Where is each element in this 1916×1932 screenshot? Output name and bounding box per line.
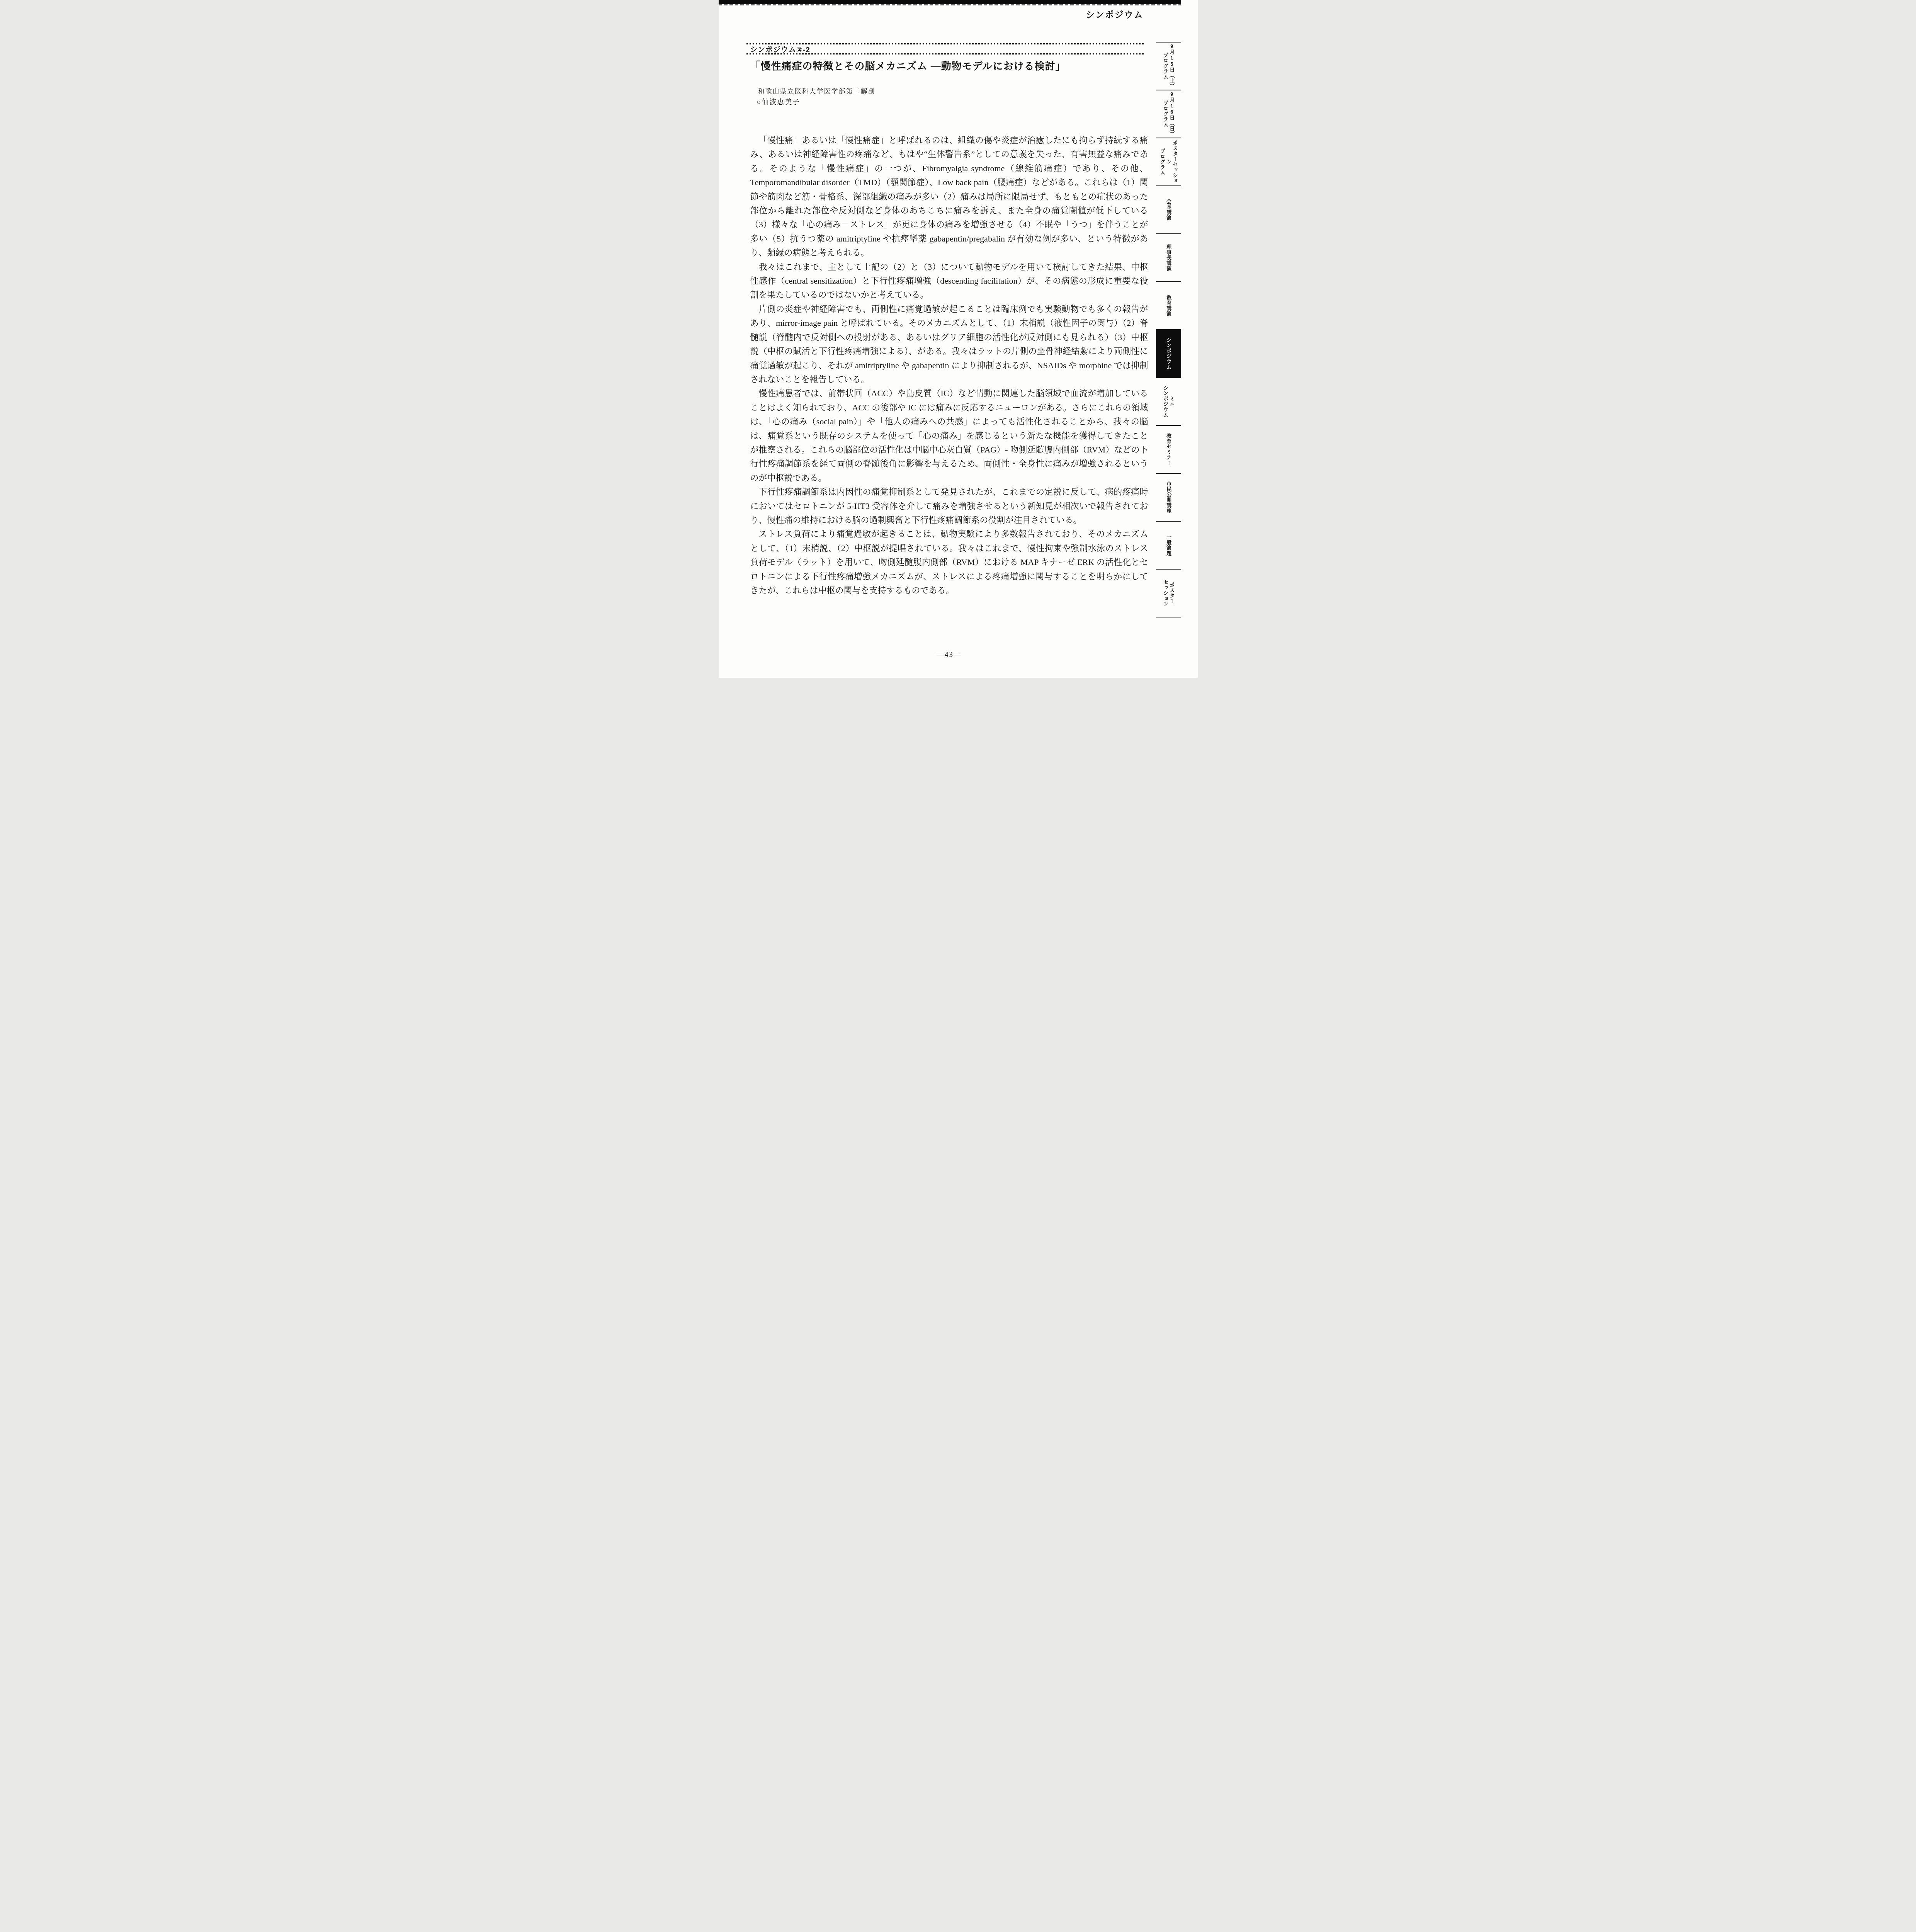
tab-symposium-active: シンポジウム xyxy=(1156,329,1181,377)
page-number: ―43― xyxy=(750,651,1148,659)
running-head-section: シンポジウム xyxy=(1086,8,1143,20)
abstract-title: 「慢性痛症の特徴とその脳メカニズム ―動物モデルにおける検討」 xyxy=(750,60,1148,73)
author-affiliation: 和歌山県立医科大学医学部第二解剖 xyxy=(758,86,876,95)
tab-mini-symposium: ミニシンポジウム xyxy=(1156,377,1181,425)
abstract-paragraph: 下行性疼痛調節系は内因性の痛覚抑制系として発見されたが、これまでの定説に反して、… xyxy=(750,485,1148,527)
dotted-rule-bottom xyxy=(746,53,1145,54)
tab-presidential-lecture: 会長講演 xyxy=(1156,185,1181,233)
abstract-paragraph: 片側の炎症や神経障害でも、両側性に痛覚過敏が起こることは臨床例でも実験動物でも多… xyxy=(750,302,1148,386)
abstract-paragraph: 「慢性痛」あるいは「慢性痛症」と呼ばれるのは、組織の傷や炎症が治癒したにも拘らず… xyxy=(750,133,1148,260)
abstract-paragraph: ストレス負荷により痛覚過敏が起きることは、動物実験により多数報告されており、その… xyxy=(750,527,1148,597)
presenter-name: ○仙波恵美子 xyxy=(757,97,801,107)
tab-chairman-lecture: 理事長講演 xyxy=(1156,233,1181,281)
abstract-paragraph: 慢性痛患者では、前帯状回（ACC）や島皮質（IC）など情動に関連した脳領域で血流… xyxy=(750,386,1148,485)
tab-educational-lecture: 教育講演 xyxy=(1156,281,1181,329)
abstract-paragraph: 我々はこれまで、主として上記の（2）と（3）について動物モデルを用いて検討してき… xyxy=(750,260,1148,302)
scanned-abstract-page: シンポジウム シンポジウム②-2 「慢性痛症の特徴とその脳メカニズム ―動物モデ… xyxy=(719,0,1198,678)
tab-program-sep16: 9月16日（日）プログラム xyxy=(1156,90,1181,138)
abstract-body: 「慢性痛」あるいは「慢性痛症」と呼ばれるのは、組織の傷や炎症が治癒したにも拘らず… xyxy=(750,133,1148,597)
tab-educational-seminar: 教育セミナー xyxy=(1156,425,1181,473)
session-number-label: シンポジウム②-2 xyxy=(750,44,810,54)
tab-public-lecture: 市民公開講座 xyxy=(1156,473,1181,521)
tab-poster-session-program: ポスターセッションプログラム xyxy=(1156,138,1181,185)
scan-top-edge-artifact xyxy=(719,0,1181,4)
tab-poster-session: ポスターセッション xyxy=(1156,569,1181,617)
tab-general-presentations: 一般演題 xyxy=(1156,521,1181,569)
edge-index-tabs: 9月15日（土）プログラム 9月16日（日）プログラム ポスターセッションプログ… xyxy=(1156,42,1181,617)
tab-program-sep15: 9月15日（土）プログラム xyxy=(1156,42,1181,90)
